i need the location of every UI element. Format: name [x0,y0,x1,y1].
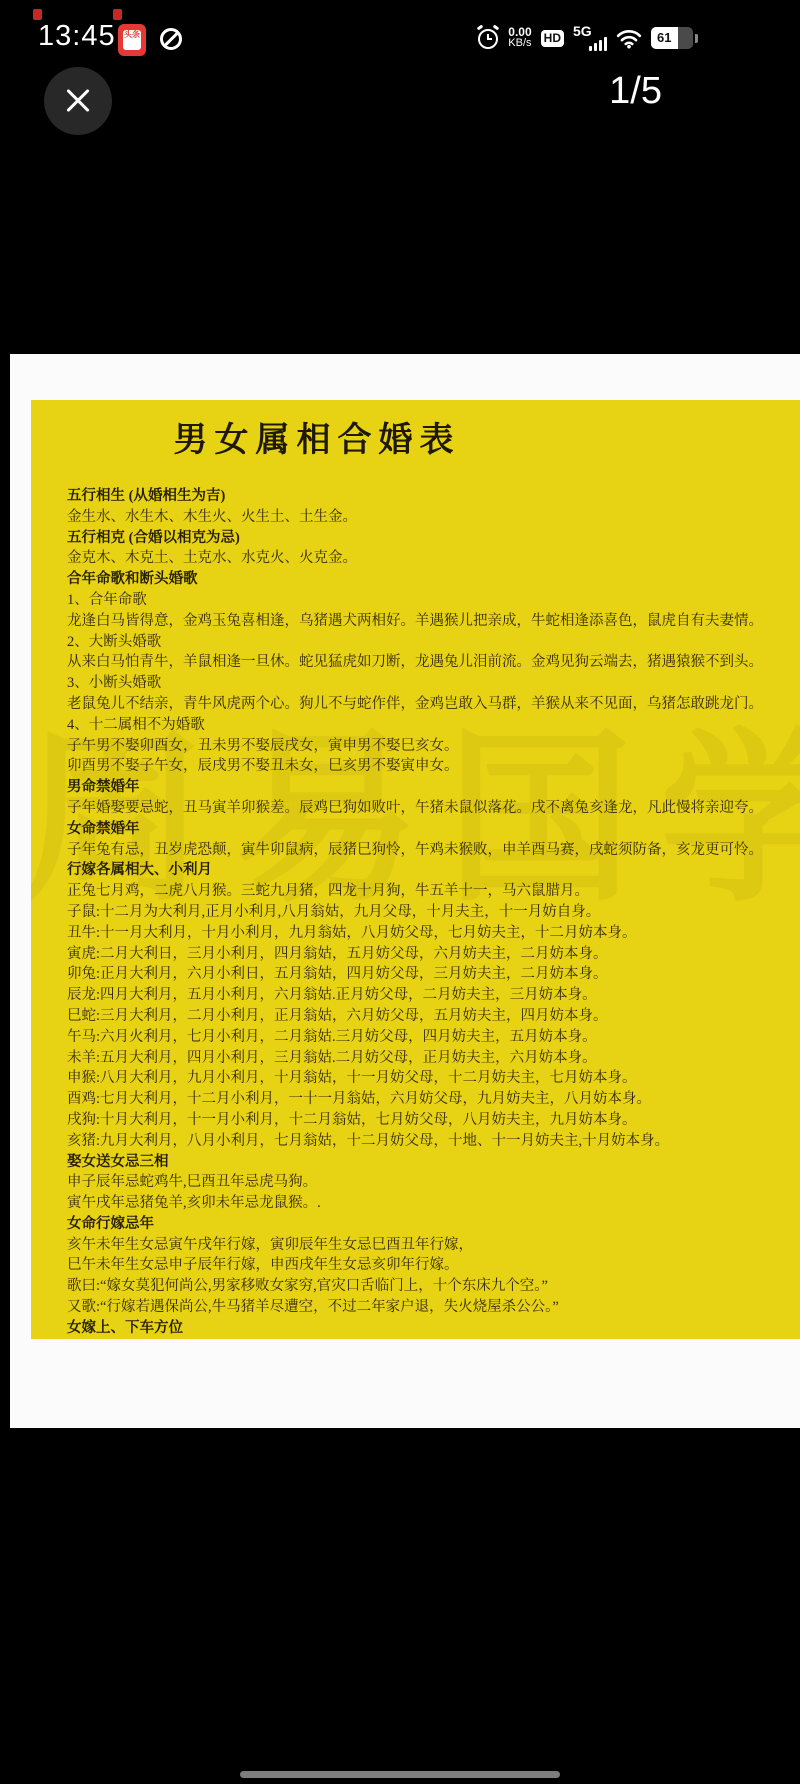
toutiao-app-icon: 头条 [118,24,146,56]
doc-line: 女命行嫁忌年 [67,1214,800,1235]
doc-line: 歌曰:“嫁女莫犯何尚公,男家移败女家穷,官灾口舌临门上，十个东床九个空。” [67,1276,800,1297]
doc-line: 寅虎:二月大利日，三月小利月，四月翁姑，五月妨父母，六月妨夫主，二月妨本身。 [67,944,800,965]
signal-bars [589,37,607,51]
yellow-sheet: 男女属相合婚表 周易国学 五行相生 (从婚相生为吉)金生水、水生木、木生火、火生… [31,400,800,1339]
status-icons: 0.00 KB/s HD 5G 61 [477,18,698,58]
network-speed: 0.00 KB/s [508,27,531,49]
doc-line: 午马:六月火利月，七月小利月，二月翁姑.三月妨父母，四月妨夫主，五月妨本身。 [67,1027,800,1048]
signal-5g-icon: 5G [573,25,607,51]
document-title: 男女属相合婚表 [61,412,573,461]
doc-line: 女嫁上、下车方位 [67,1318,800,1339]
doc-line: 子年兔有忌，丑岁虎恐颠，寅牛卯鼠病，辰猪巳狗怜，午鸡未猴败，申羊酉马赛，戌蛇须防… [67,840,800,861]
doc-line: 金克木、木克土、土克水、水克火、火克金。 [67,548,800,569]
doc-line: 2、大断头婚歌 [67,632,800,653]
doc-line: 申猴:八月大利月，九月小利月，十月翁姑，十一月妨父母，十二月妨夫主，七月妨本身。 [67,1068,800,1089]
doc-line: 辰龙:四月大利月，五月小利月，六月翁姑.正月妨父母，二月妨夫主，三月妨本身。 [67,985,800,1006]
doc-line: 又歌:“行嫁若遇保尚公,牛马猪羊尽遭空，不过二年家户退，失火烧屋杀公公。” [67,1297,800,1318]
doc-line: 亥午未年生女忌寅午戌年行嫁，寅卯辰年生女忌巳酉丑年行嫁， [67,1235,800,1256]
doc-line: 巳午未年生女忌申子辰年行嫁，申西戌年生女忌亥卯年行嫁。 [67,1255,800,1276]
notification-badge [113,9,122,20]
home-indicator[interactable] [240,1771,560,1778]
doc-line: 金生水、水生木、木生火、火生土、土生金。 [67,507,800,528]
battery-icon: 61 [651,27,693,49]
doc-line: 子年婚娶要忌蛇，丑马寅羊卯猴差。辰鸡巳狗如败叶，午猪未鼠似落花。戌不离兔亥逢龙，… [67,798,800,819]
doc-line: 酉鸡:七月大利月，十二月小利月，一十一月翁姑，六月妨父母，九月妨夫主，八月妨本身… [67,1089,800,1110]
doc-line: 卯兔:正月大利月，六月小利日，五月翁姑，四月妨父母，三月妨夫主，二月妨本身。 [67,964,800,985]
doc-line: 子午男不娶卯酉女，丑未男不娶辰戌女，寅申男不娶巳亥女。 [67,736,800,757]
doc-line: 申子辰年忌蛇鸡牛,巳酉丑年忌虎马狗。 [67,1172,800,1193]
doc-line: 丑牛:十一月大利月，十月小利月，九月翁姑，八月妨父母，七月妨夫主，十二月妨本身。 [67,923,800,944]
doc-line: 子鼠:十二月为大利月,正月小利月,八月翁姑，九月父母，十月夫主，十一月妨自身。 [67,902,800,923]
status-ring-icon [160,28,182,50]
doc-line: 女命禁婚年 [67,819,800,840]
document-body: 五行相生 (从婚相生为吉)金生水、水生木、木生火、火生土、土生金。五行相克 (合… [67,486,800,1339]
status-bar: 13:45 头条 0.00 KB/s HD 5G 61 [0,0,800,64]
doc-line: 五行相生 (从婚相生为吉) [67,486,800,507]
doc-line: 五行相克 (合婚以相克为忌) [67,528,800,549]
doc-line: 行嫁各属相大、小利月 [67,860,800,881]
doc-line: 龙逢白马皆得意，金鸡玉兔喜相逢，乌猪遇犬两相好。羊遇猴儿把亲成，牛蛇相逢添喜色，… [67,611,800,632]
doc-line: 寅午戌年忌猪兔羊,亥卯未年忌龙鼠猴。. [67,1193,800,1214]
doc-line: 未羊:五月大利月，四月小利月，三月翁姑.二月妨父母，正月妨夫主，六月妨本身。 [67,1048,800,1069]
wifi-icon [616,27,642,49]
doc-line: 从来白马怕青牛，羊鼠相逢一旦休。蛇见猛虎如刀断，龙遇兔儿泪前流。金鸡见狗云端去，… [67,652,800,673]
doc-line: 正兔七月鸡，二虎八月猴。三蛇九月猪，四龙十月狗，牛五羊十一，马六鼠腊月。 [67,881,800,902]
doc-line: 3、小断头婚歌 [67,673,800,694]
doc-line: 娶女送女忌三相 [67,1152,800,1173]
page-indicator: 1/5 [609,70,662,113]
battery-nub [695,34,698,43]
doc-line: 1、合年命歌 [67,590,800,611]
doc-line: 4、十二属相不为婚歌 [67,715,800,736]
doc-line: 老鼠兔儿不结亲，青牛风虎两个心。狗儿不与蛇作伴，金鸡岂敢入马群，羊猴从来不见面，… [67,694,800,715]
doc-line: 戌狗:十月大利月，十一月小利月，十二月翁姑，七月妨父母，八月妨夫主，九月妨本身。 [67,1110,800,1131]
doc-line: 亥猪:九月大利月，八月小利月，七月翁姑，十二月妨父母，十地、十一月妨夫主,十月妨… [67,1131,800,1152]
doc-line: 合年命歌和断头婚歌 [67,569,800,590]
status-time: 13:45 [38,20,116,53]
hd-badge: HD [541,30,564,47]
notification-badge [33,9,42,20]
alarm-clock-icon [477,27,499,49]
viewer-image[interactable]: 男女属相合婚表 周易国学 五行相生 (从婚相生为吉)金生水、水生木、木生火、火生… [10,354,800,1428]
doc-line: 卯酉男不娶子午女，辰戌男不娶丑未女，巳亥男不娶寅申女。 [67,756,800,777]
close-button[interactable] [44,67,112,135]
doc-line: 巳蛇:三月大利月，二月小利月，正月翁姑，六月妨父母，五月妨夫主，四月妨本身。 [67,1006,800,1027]
doc-line: 男命禁婚年 [67,777,800,798]
